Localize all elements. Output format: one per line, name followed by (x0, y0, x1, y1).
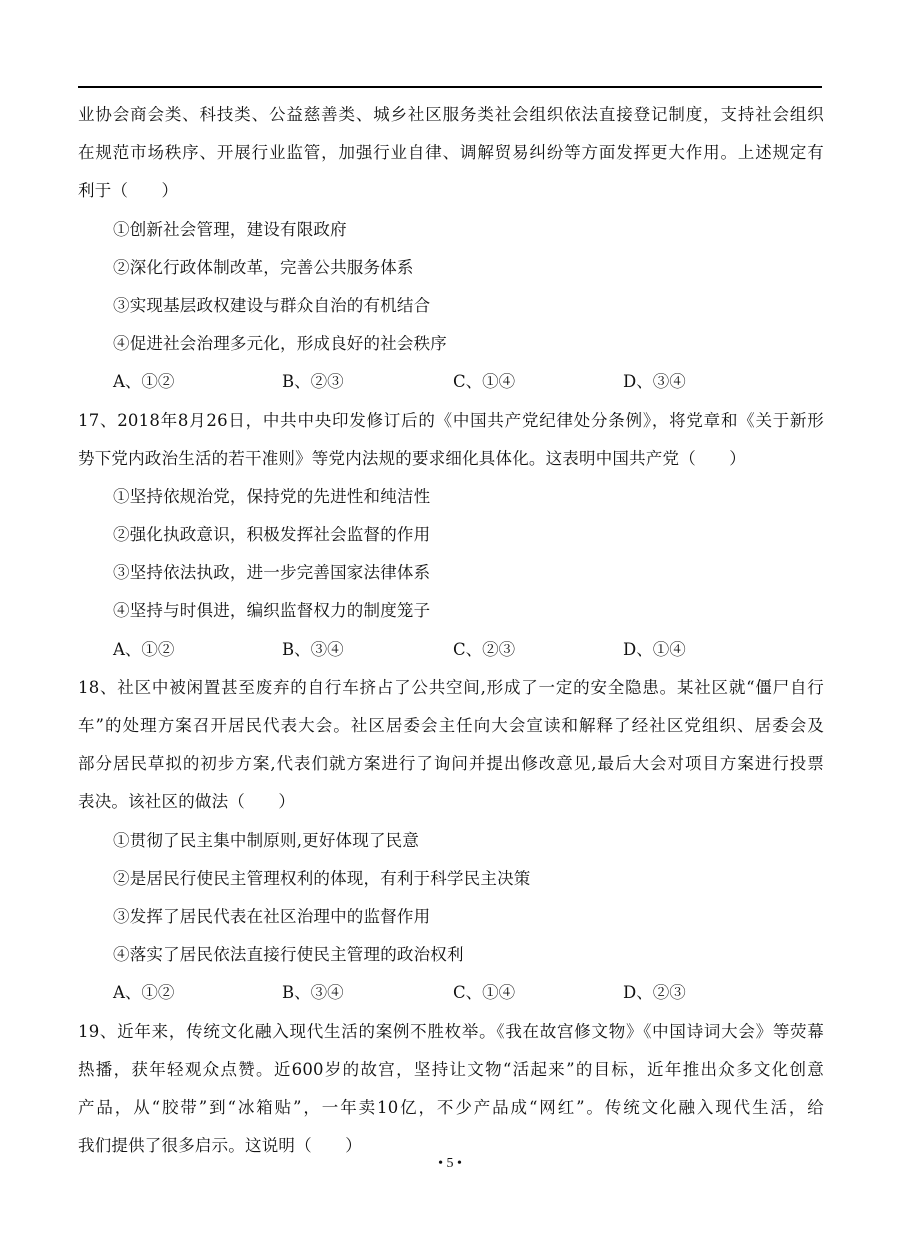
answer-choice-a: A、①② (113, 974, 174, 1012)
question-stem-line: 在规范市场秩序、开展行业监管，加强行业自律、调解贸易纠纷等方面发挥更大作用。上述… (78, 134, 824, 172)
answer-choice-b: B、③④ (282, 631, 344, 669)
option-statement-4: ④坚持与时俱进，编织监督权力的制度笼子 (78, 592, 824, 630)
question-stem-line: 热播，获年轻观众点赞。近600岁的故宫，坚持让文物“活起来”的目标，近年推出众多… (78, 1051, 824, 1089)
answer-choice-a: A、①② (113, 363, 174, 401)
question-16: 业协会商会类、科技类、公益慈善类、城乡社区服务类社会组织依法直接登记制度，支持社… (78, 96, 824, 402)
answer-choices: A、①② B、③④ C、②③ D、①④ (78, 631, 824, 669)
question-stem-line: 利于（ ） (78, 172, 824, 210)
answer-choice-a: A、①② (113, 631, 174, 669)
option-statement-3: ③坚持依法执政，进一步完善国家法律体系 (78, 554, 824, 592)
answer-choice-b: B、③④ (282, 974, 344, 1012)
header-rule (78, 86, 822, 88)
answer-choice-d: D、②③ (623, 974, 686, 1012)
question-stem-line: 17、2018年8月26日，中共中央印发修订后的《中国共产党纪律处分条例》，将党… (78, 402, 824, 440)
answer-choice-b: B、②③ (282, 363, 344, 401)
answer-choices: A、①② B、②③ C、①④ D、③④ (78, 363, 824, 401)
question-stem-line: 18、社区中被闲置甚至废弃的自行车挤占了公共空间,形成了一定的安全隐患。某社区就… (78, 669, 824, 707)
option-statement-1: ①创新社会管理，建设有限政府 (78, 211, 824, 249)
answer-choice-d: D、①④ (623, 631, 686, 669)
question-stem-line: 表决。该社区的做法（ ） (78, 783, 824, 821)
option-statement-3: ③发挥了居民代表在社区治理中的监督作用 (78, 898, 824, 936)
page-content: 业协会商会类、科技类、公益慈善类、城乡社区服务类社会组织依法直接登记制度，支持社… (78, 96, 824, 1165)
question-17: 17、2018年8月26日，中共中央印发修订后的《中国共产党纪律处分条例》，将党… (78, 402, 824, 669)
option-statement-3: ③实现基层政权建设与群众自治的有机结合 (78, 287, 824, 325)
question-19: 19、近年来，传统文化融入现代生活的案例不胜枚举。《我在故宫修文物》《中国诗词大… (78, 1013, 824, 1166)
option-statement-2: ②是居民行使民主管理权利的体现，有利于科学民主决策 (78, 860, 824, 898)
answer-choice-d: D、③④ (623, 363, 686, 401)
question-stem-line: 势下党内政治生活的若干准则》等党内法规的要求细化具体化。这表明中国共产党（ ） (78, 440, 824, 478)
option-statement-1: ①贯彻了民主集中制原则,更好体现了民意 (78, 822, 824, 860)
question-stem-line: 部分居民草拟的初步方案,代表们就方案进行了询问并提出修改意见,最后大会对项目方案… (78, 745, 824, 783)
answer-choice-c: C、②③ (453, 631, 515, 669)
question-stem-line: 产品，从“胶带”到“冰箱贴”，一年卖10亿，不少产品成“网红”。传统文化融入现代… (78, 1089, 824, 1127)
option-statement-4: ④落实了居民依法直接行使民主管理的政治权利 (78, 936, 824, 974)
answer-choice-c: C、①④ (453, 363, 515, 401)
question-stem-line: 19、近年来，传统文化融入现代生活的案例不胜枚举。《我在故宫修文物》《中国诗词大… (78, 1013, 824, 1051)
page-number: • 5 • (0, 1156, 900, 1172)
option-statement-2: ②深化行政体制改革，完善公共服务体系 (78, 249, 824, 287)
question-18: 18、社区中被闲置甚至废弃的自行车挤占了公共空间,形成了一定的安全隐患。某社区就… (78, 669, 824, 1013)
question-stem-line: 业协会商会类、科技类、公益慈善类、城乡社区服务类社会组织依法直接登记制度，支持社… (78, 96, 824, 134)
option-statement-4: ④促进社会治理多元化，形成良好的社会秩序 (78, 325, 824, 363)
question-stem-line: 车”的处理方案召开居民代表大会。社区居委会主任向大会宣读和解释了经社区党组织、居… (78, 707, 824, 745)
option-statement-2: ②强化执政意识，积极发挥社会监督的作用 (78, 516, 824, 554)
option-statement-1: ①坚持依规治党，保持党的先进性和纯洁性 (78, 478, 824, 516)
answer-choices: A、①② B、③④ C、①④ D、②③ (78, 974, 824, 1012)
answer-choice-c: C、①④ (453, 974, 515, 1012)
